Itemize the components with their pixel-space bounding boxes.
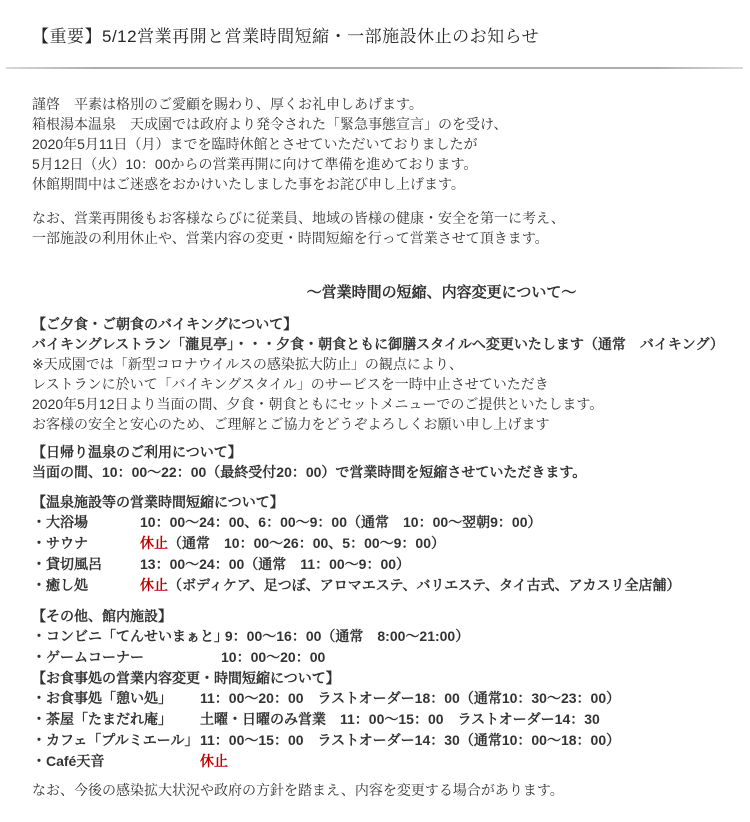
schedule-row-game-corner: ・ゲームコーナー10：00～20：00 [32,647,726,668]
notice-paragraph: なお、営業再開後もお客様ならびに従業員、地域の皆様の健康・安全を第一に考え、 一… [32,208,726,248]
schedule-row-premiere: ・カフェ「プルミエール」11：00～15：00 ラストオーダー14：30（通常1… [32,730,726,751]
facility-label: ・カフェ「プルミエール」 [32,730,200,751]
suspended-badge: 休止 [140,533,168,554]
notice-line: なお、営業再開後もお客様ならびに従業員、地域の皆様の健康・安全を第一に考え、 [32,208,726,228]
schedule-row-iyashidokoro: ・癒し処休止（ボディケア、足つぼ、アロマエステ、バリエステ、タイ古式、アカスリ全… [32,575,726,596]
notice-body: 謹啓 平素は格別のご愛顧を賜わり、厚くお礼申しあげます。 箱根湯本温泉 天成園で… [0,94,750,800]
facility-hours: 10：00～20：00 [221,647,325,668]
facility-hours: 11：00～20：00 ラストオーダー18：00（通常10：30～23：00） [200,688,620,709]
greeting-line: 謹啓 平素は格別のご愛顧を賜わり、厚くお礼申しあげます。 [32,94,726,114]
facility-label: ・癒し処 [32,575,140,596]
facility-hours: 10：00～24：00、6：00～9：00（通常 10：00～翌朝9：00） [140,512,542,533]
suspended-badge: 休止 [200,751,228,772]
facility-label: ・大浴場 [32,512,140,533]
facility-hours: 11：00～15：00 ラストオーダー14：30（通常10：00～18：00） [200,730,620,751]
greeting-line: 2020年5月11日（月）までを臨時休館とさせていただいておりましたが [32,134,726,154]
dining-heading: 【お食事処の営業内容変更・時間短縮について】 [32,668,726,688]
facility-label: ・Café天音 [32,751,200,772]
footer-note: なお、今後の感染拡大状況や政府の方針を踏まえ、内容を変更する場合があります。 [32,780,726,800]
buffet-restaurant-line: バイキングレストラン「瀧見亭」・・・夕食・朝食ともに御膳スタイルへ変更いたします… [32,334,726,354]
facility-hours: 13：00～24：00（通常 11：00～9：00） [140,554,410,575]
greeting-line: 箱根湯本温泉 天成園では政府より発令された「緊急事態宣言」のを受け、 [32,114,726,134]
buffet-note-line: レストランに於いて「バイキングスタイル」のサービスを一時中止させていただき [32,374,726,394]
facility-hours: （ボディケア、足つぼ、アロマエステ、バリエステ、タイ古式、アカスリ全店舗） [168,575,681,596]
day-onsen-heading: 【日帰り温泉のご利用について】 [32,442,726,462]
schedule-row-daiyokujo: ・大浴場10：00～24：00、6：00～9：00（通常 10：00～翌朝9：0… [32,512,726,533]
facility-label: ・サウナ [32,533,140,554]
schedule-row-sauna: ・サウナ休止（通常 10：00～26：00、5：00～9：00） [32,533,726,554]
facility-label: ・ゲームコーナー [32,647,221,668]
suspended-badge: 休止 [140,575,168,596]
facility-label: ・お食事処「憩い処」 [32,688,200,709]
greeting-line: 5月12日（火）10：00からの営業再開に向けて準備を進めております。 [32,154,726,174]
buffet-note-line: ※天成園では「新型コロナウイルスの感染拡大防止」の観点により、 [32,354,726,374]
buffet-note-line: お客様の安全と安心のため、ご理解とご協力をどうぞよろしくお願い申し上げます [32,414,726,434]
schedule-row-kashikiri: ・貸切風呂13：00～24：00（通常 11：00～9：00） [32,554,726,575]
section-dining: 【お食事処の営業内容変更・時間短縮について】 ・お食事処「憩い処」11：00～2… [32,668,726,772]
schedule-row-tamadarean: ・茶屋「たまだれ庵」土曜・日曜のみ営業 11：00～15：00 ラストオーダー1… [32,709,726,730]
notice-document: 【重要】5/12営業再開と営業時間短縮・一部施設休止のお知らせ 謹啓 平素は格別… [0,0,750,822]
schedule-row-cafe-amane: ・Café天音休止 [32,751,726,772]
buffet-note-line: 2020年5月12日より当面の間、夕食・朝食ともにセットメニューでのご提供といた… [32,394,726,414]
greeting-line: 休館期間中はご迷惑をおかけいたしました事をお詫び申し上げます。 [32,174,726,194]
facility-label: ・貸切風呂 [32,554,140,575]
facility-hours: 土曜・日曜のみ営業 11：00～15：00 ラストオーダー14：30 [200,709,600,730]
page-title: 【重要】5/12営業再開と営業時間短縮・一部施設休止のお知らせ [32,26,750,48]
onsen-hours-heading: 【温泉施設等の営業時間短縮について】 [32,492,726,512]
changes-section-heading: ～営業時間の短縮、内容変更について～ [32,282,726,304]
day-onsen-hours-line: 当面の間、10：00～22：00（最終受付20：00）で営業時間を短縮させていた… [32,462,726,482]
notice-line: 一部施設の利用休止や、営業内容の変更・時間短縮を行って営業させて頂きます。 [32,228,726,248]
facility-hours: （通常 10：00～26：00、5：00～9：00） [168,533,445,554]
section-day-onsen: 【日帰り温泉のご利用について】 当面の間、10：00～22：00（最終受付20：… [32,442,726,482]
schedule-row-ikoidokoro: ・お食事処「憩い処」11：00～20：00 ラストオーダー18：00（通常10：… [32,688,726,709]
facility-hours: 9：00～16：00（通常 8:00～21:00） [221,626,469,647]
section-other-facilities: 【その他、館内施設】 ・コンビニ「てんせいまぁと」 9：00～16：00（通常 … [32,606,726,668]
facility-label: ・コンビニ「てんせいまぁと」 [32,626,221,647]
schedule-row-convenience: ・コンビニ「てんせいまぁと」 9：00～16：00（通常 8:00～21:00） [32,626,726,647]
greeting-paragraph: 謹啓 平素は格別のご愛顧を賜わり、厚くお礼申しあげます。 箱根湯本温泉 天成園で… [32,94,726,194]
divider [6,67,743,69]
facility-label: ・茶屋「たまだれ庵」 [32,709,200,730]
section-buffet: 【ご夕食・ご朝食のバイキングについて】 バイキングレストラン「瀧見亭」・・・夕食… [32,314,726,434]
section-onsen-hours: 【温泉施設等の営業時間短縮について】 ・大浴場10：00～24：00、6：00～… [32,492,726,596]
buffet-heading: 【ご夕食・ご朝食のバイキングについて】 [32,314,726,334]
other-facilities-heading: 【その他、館内施設】 [32,606,726,626]
